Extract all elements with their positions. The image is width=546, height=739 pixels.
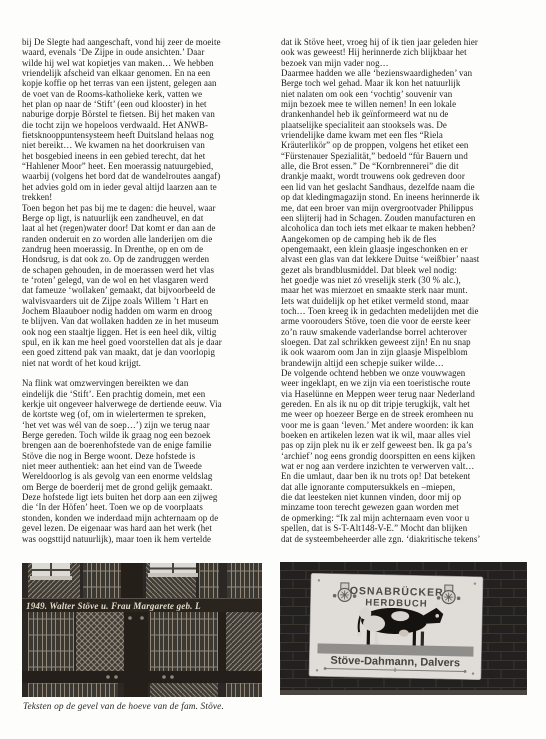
- book-page: bij De Slegte had aangeschaft, vond hij …: [0, 0, 546, 739]
- left-text-column: bij De Slegte had aangeschaft, vond hij …: [22, 37, 274, 544]
- lower-beam: [22, 671, 262, 683]
- herdbuch-sign-illustration: OSNABRÜCKER HERDBUCH: [280, 562, 527, 695]
- window-icon: [30, 563, 72, 580]
- sign-title-line2: HERDBUCH: [365, 597, 428, 609]
- right-text-column: dat ik Stöve heet, vroeg hij of ik tien …: [281, 37, 533, 544]
- sign-title-line1: OSNABRÜCKER: [350, 584, 444, 599]
- bottom-center-post: [124, 683, 148, 697]
- farmhouse-gable-photo: 1949. Walter Stöve u. Frau Margarete geb…: [22, 563, 262, 697]
- middle-center-post: [124, 612, 148, 671]
- middle-right-post: [218, 612, 226, 671]
- herdbuch-sign-photo: OSNABRÜCKER HERDBUCH: [280, 562, 527, 695]
- farmhouse-gable-illustration: 1949. Walter Stöve u. Frau Margarete geb…: [22, 563, 262, 697]
- herdbook-sign: OSNABRÜCKER HERDBUCH: [309, 573, 483, 680]
- wall-ledge: [280, 690, 527, 695]
- window-icon-2: [148, 563, 198, 577]
- gable-inscription: 1949. Walter Stöve u. Frau Margarete geb…: [26, 601, 201, 611]
- top-center-post: [121, 563, 143, 598]
- left-photo-caption: Teksten op de gevel van de hoeve van de …: [23, 702, 224, 712]
